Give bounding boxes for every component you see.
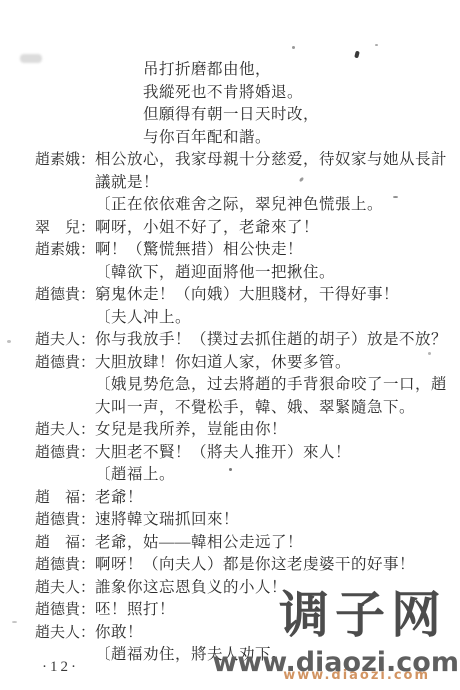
speaker-name: 趙德貴： bbox=[35, 599, 95, 622]
script-line-verse: 吊打折磨都由他， bbox=[0, 59, 460, 82]
scan-speck bbox=[229, 468, 232, 471]
script-line-dialogue: 趙 福：老爺！ bbox=[0, 487, 460, 510]
speaker-name: 趙德貴： bbox=[35, 509, 95, 532]
script-line-stage: 〔正在依依难舍之际，翠兒神色慌張上。 bbox=[0, 194, 460, 217]
scan-speck bbox=[292, 46, 295, 49]
script-line-dialogue: 趙夫人：你与我放手！（撲过去抓住趙的胡子）放是不放？ bbox=[0, 329, 460, 352]
speaker-name: 趙 福： bbox=[35, 487, 95, 510]
scan-speck bbox=[12, 621, 17, 623]
line-text: 你与我放手！（撲过去抓住趙的胡子）放是不放？ bbox=[95, 331, 447, 348]
line-text: 吊打折磨都由他， bbox=[143, 61, 271, 78]
line-text: 啊呀，小姐不好了，老爺來了！ bbox=[95, 219, 319, 236]
line-text: 与你百年配和諧。 bbox=[143, 129, 271, 146]
scan-smudge bbox=[20, 54, 42, 63]
watermark-site-name: 调子网 bbox=[279, 590, 447, 640]
script-line-verse: 但願得有朝一日天时改， bbox=[0, 104, 460, 127]
line-text: 大胆老不賢！（將夫人推开）來人！ bbox=[95, 444, 351, 461]
line-text: 〔正在依依难舍之际，翠兒神色慌張上。 bbox=[95, 196, 383, 213]
speaker-name: 趙夫人： bbox=[35, 419, 95, 442]
speaker-name: 趙德貴： bbox=[35, 442, 95, 465]
line-text: 啊！（驚慌無措）相公快走！ bbox=[95, 241, 303, 258]
line-text: 〔趙福上。 bbox=[95, 466, 175, 483]
speaker-name: 翠 兒： bbox=[35, 217, 95, 240]
script-line-dialogue: 趙夫人：女兒是我所养，豈能由你！ bbox=[0, 419, 460, 442]
line-text: 大叫一声，不覺松手，韓、娥、翠緊隨急下。 bbox=[95, 399, 415, 416]
line-text: 啊呀！（向夫人）都是你这老虔婆干的好事！ bbox=[95, 556, 415, 573]
line-text: 老爺！ bbox=[95, 489, 143, 506]
script-body: 吊打折磨都由他，我縱死也不肯將婚退。但願得有朝一日天时改，与你百年配和諧。趙素娥… bbox=[0, 59, 460, 667]
line-text: 速將韓文瑞抓回來！ bbox=[95, 511, 239, 528]
line-text: 〔娥見势危急，过去將趙的手背狠命咬了一口，趙 bbox=[95, 376, 447, 393]
line-text: 相公放心，我家母親十分慈爱，待奴家与她从長計 bbox=[95, 151, 447, 168]
speaker-name: 趙夫人： bbox=[35, 622, 95, 645]
line-text: 窮鬼休走！（向娥）大胆賤材，干得好事！ bbox=[95, 286, 399, 303]
script-line-continuation: 大叫一声，不覺松手，韓、娥、翠緊隨急下。 bbox=[0, 397, 460, 420]
line-text: 呸！照打！ bbox=[95, 601, 175, 618]
scan-speck bbox=[393, 196, 398, 198]
script-line-dialogue: 趙 福：老爺，姑——韓相公走远了！ bbox=[0, 532, 460, 555]
script-line-dialogue: 趙德貴：窮鬼休走！（向娥）大胆賤材，干得好事！ bbox=[0, 284, 460, 307]
line-text: 〔韓欲下，趙迎面將他一把揪住。 bbox=[95, 264, 335, 281]
script-line-dialogue: 趙德貴：大胆老不賢！（將夫人推开）來人！ bbox=[0, 442, 460, 465]
line-text: 大胆放肆！你妇道人家，休要多管。 bbox=[95, 354, 351, 371]
speaker-name: 趙德貴： bbox=[35, 352, 95, 375]
watermark-site-url: www.diaozi.com bbox=[212, 649, 459, 676]
line-text: 但願得有朝一日天时改， bbox=[143, 106, 319, 123]
page-number: ·12· bbox=[42, 659, 79, 676]
scan-speck bbox=[375, 44, 378, 46]
line-text: 議就是！ bbox=[95, 174, 159, 191]
line-text: 〔夫人冲上。 bbox=[95, 309, 191, 326]
line-text: 你敢！ bbox=[95, 624, 143, 641]
line-text: 我縱死也不肯將婚退。 bbox=[143, 84, 303, 101]
script-line-verse: 我縱死也不肯將婚退。 bbox=[0, 82, 460, 105]
line-text: 老爺，姑——韓相公走远了！ bbox=[95, 534, 303, 551]
script-line-stage: 〔娥見势危急，过去將趙的手背狠命咬了一口，趙 bbox=[0, 374, 460, 397]
speaker-name: 趙夫人： bbox=[35, 329, 95, 352]
scan-speck bbox=[428, 352, 431, 355]
line-text: 女兒是我所养，豈能由你！ bbox=[95, 421, 287, 438]
script-line-continuation: 議就是！ bbox=[0, 172, 460, 195]
line-text: 誰象你这忘恩負义的小人！ bbox=[95, 579, 287, 596]
script-line-dialogue: 趙素娥：相公放心，我家母親十分慈爱，待奴家与她从長計 bbox=[0, 149, 460, 172]
script-line-dialogue: 趙德貴：啊呀！（向夫人）都是你这老虔婆干的好事！ bbox=[0, 554, 460, 577]
speaker-name: 趙 福： bbox=[35, 532, 95, 555]
speaker-name: 趙德貴： bbox=[35, 554, 95, 577]
speaker-name: 趙素娥： bbox=[35, 239, 95, 262]
script-line-stage: 〔韓欲下，趙迎面將他一把揪住。 bbox=[0, 262, 460, 285]
script-line-dialogue: 趙德貴：速將韓文瑞抓回來！ bbox=[0, 509, 460, 532]
script-line-dialogue: 趙素娥：啊！（驚慌無措）相公快走！ bbox=[0, 239, 460, 262]
scanned-script-page: 吊打折磨都由他，我縱死也不肯將婚退。但願得有朝一日天时改，与你百年配和諧。趙素娥… bbox=[0, 0, 460, 690]
script-line-verse: 与你百年配和諧。 bbox=[0, 127, 460, 150]
script-line-dialogue: 趙德貴：大胆放肆！你妇道人家，休要多管。 bbox=[0, 352, 460, 375]
scan-speck bbox=[7, 340, 11, 343]
speaker-name: 趙德貴： bbox=[35, 284, 95, 307]
speaker-name: 趙夫人： bbox=[35, 577, 95, 600]
scan-speck bbox=[354, 51, 360, 59]
speaker-name: 趙素娥： bbox=[35, 149, 95, 172]
script-line-dialogue: 翠 兒：啊呀，小姐不好了，老爺來了！ bbox=[0, 217, 460, 240]
script-line-stage: 〔夫人冲上。 bbox=[0, 307, 460, 330]
